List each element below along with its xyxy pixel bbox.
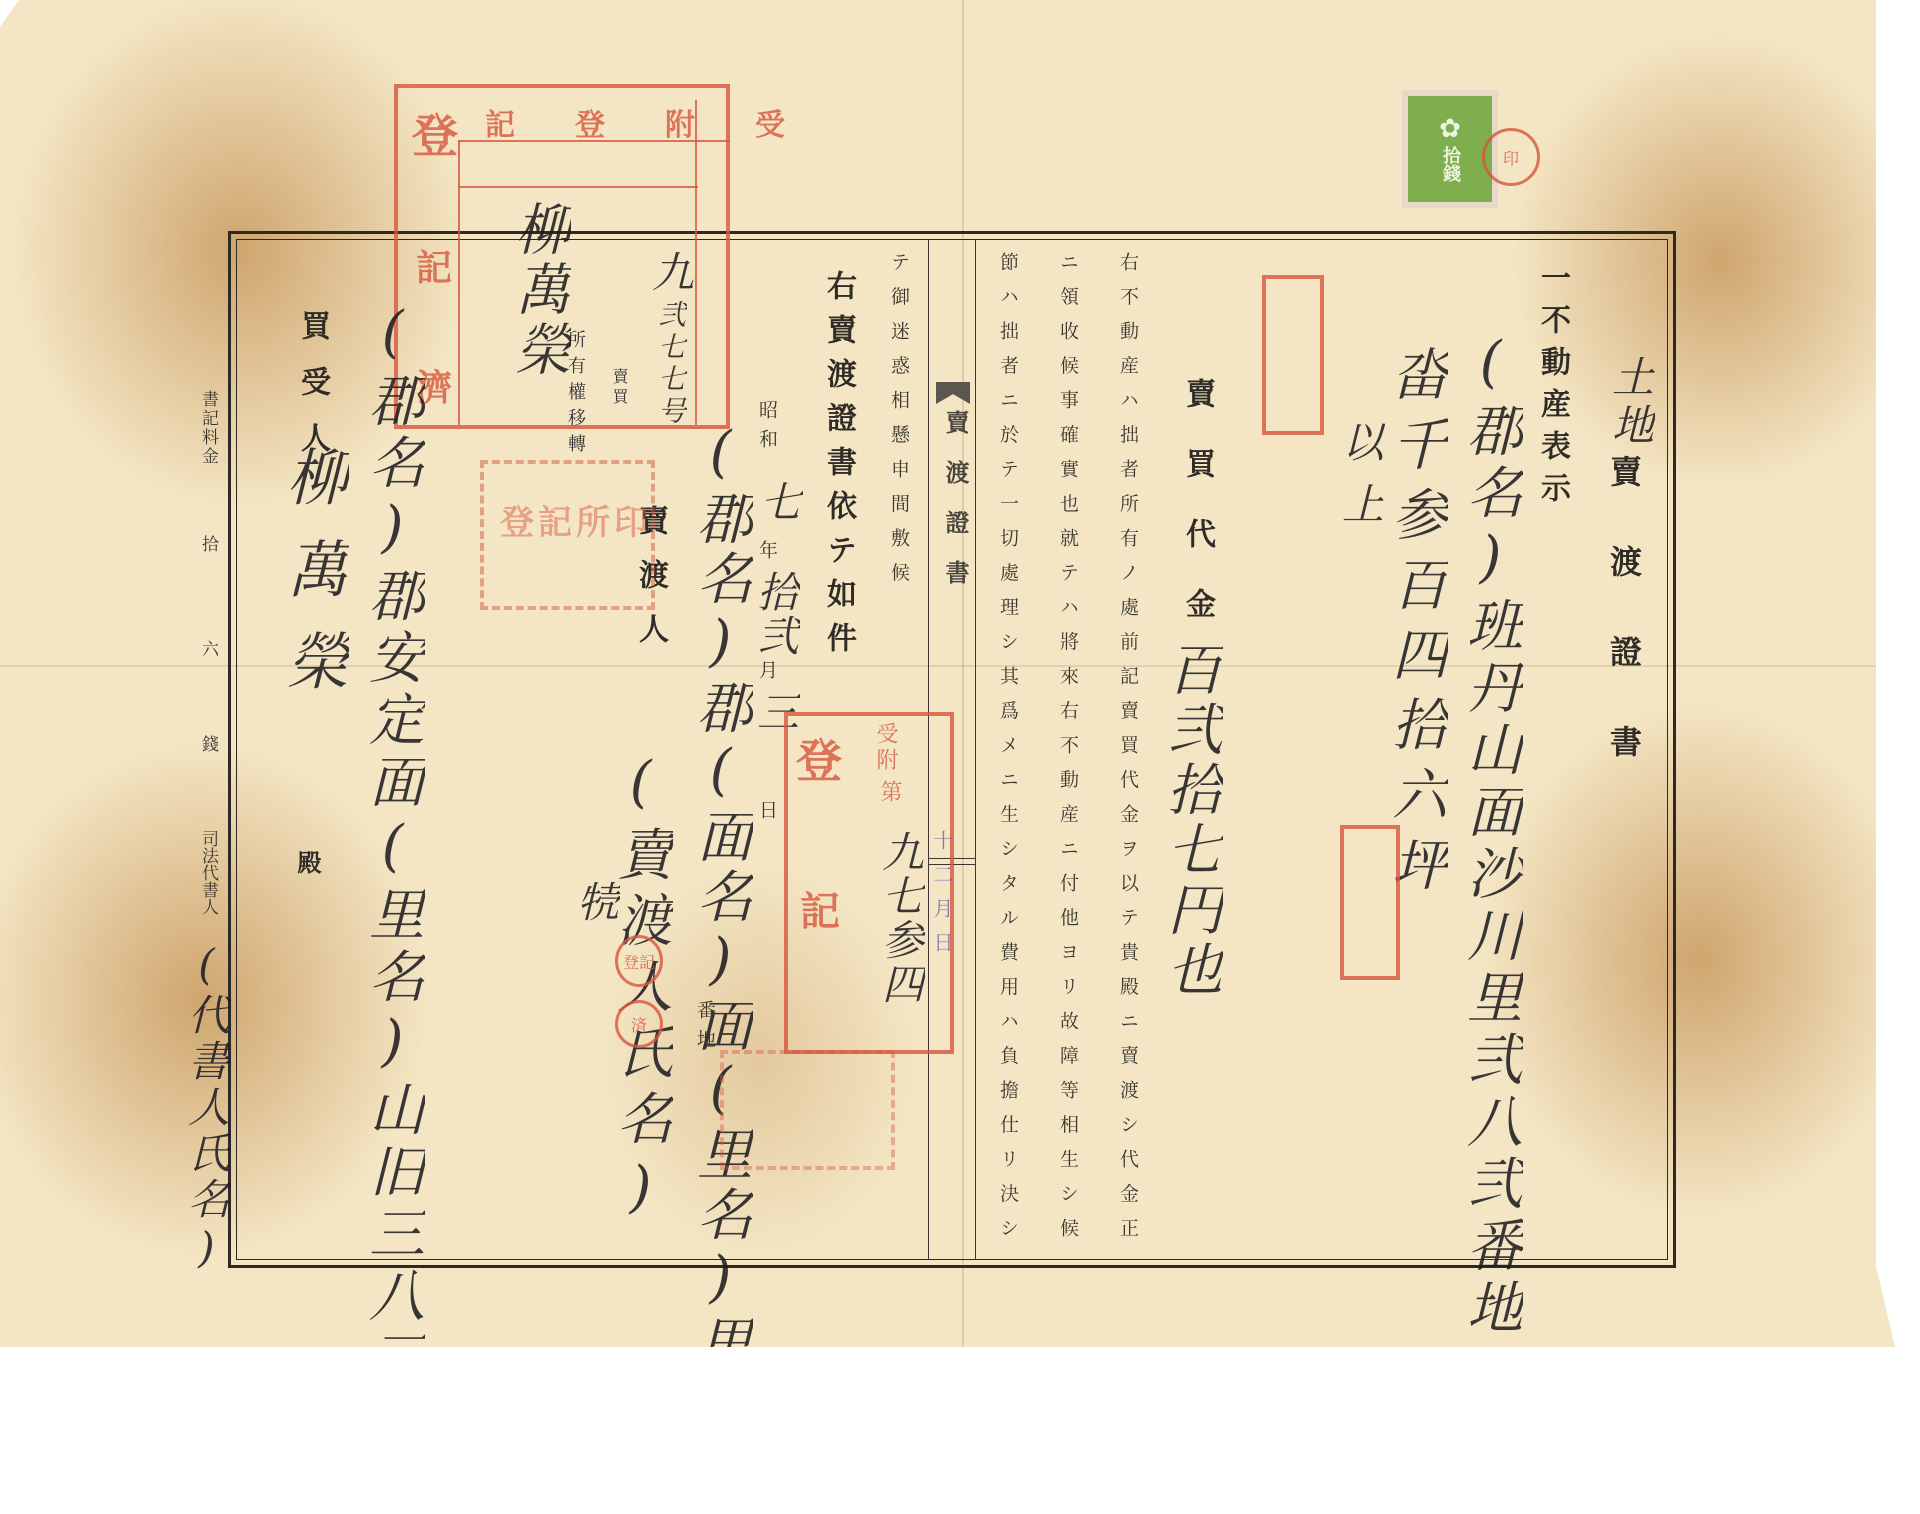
buyer-name: 柳萬榮 — [268, 445, 357, 721]
cancellation-seal: 印 — [1482, 128, 1540, 186]
seal-char: 済 — [631, 1013, 647, 1036]
property-heading: 一不動産表示 — [1530, 262, 1574, 514]
body-line-4: テ御迷惑相懸申間敷候 — [886, 252, 913, 597]
page-title: 賣渡證書 — [1601, 455, 1647, 815]
seller-seal-2: 済 — [615, 1000, 663, 1048]
date-char: 日 — [930, 932, 954, 966]
stamp-rule — [458, 140, 730, 142]
header-char: 附 — [665, 108, 755, 143]
stamp-value: 拾錢 — [1437, 146, 1463, 182]
seal-char: 印 — [1503, 146, 1519, 169]
price-value: 百弐拾七円也 — [1150, 640, 1230, 1000]
header-char: 記 — [485, 108, 575, 143]
registration-owner: 柳萬榮 — [498, 200, 578, 380]
title-handwritten: 土地 — [1600, 355, 1660, 451]
seller-name: (賣渡人氏名) — [600, 750, 680, 1230]
center-label: 賣渡證書 — [938, 410, 973, 610]
fee-unit: 錢 — [196, 735, 221, 760]
registration-header: 受附 — [870, 722, 901, 774]
registration-entry-cause: 賣買 — [608, 368, 631, 408]
scrivener-name: (代書人氏名) — [176, 940, 236, 1276]
registration-number: 九七参四 — [870, 830, 930, 1006]
property-end-mark: 以上 — [1330, 420, 1390, 544]
correction-seal — [1340, 825, 1400, 980]
center-divider-right — [975, 240, 976, 1260]
registration-stamp-char: 記 — [416, 240, 452, 291]
closing-phrase: 右賣渡證書依テ如件 — [816, 270, 860, 666]
stamp-rule — [458, 140, 460, 425]
registration-stamp-header: 記登附受 — [485, 100, 845, 144]
registration-entry-date: 弐七七号 — [650, 300, 690, 428]
scrivener-label: 司法代書人 — [196, 830, 221, 915]
fee-label: 書記料金 — [196, 390, 221, 466]
seller-address: (郡名)郡(面名)面(里名)里三九 — [680, 420, 760, 1347]
document-page: ✿ 拾錢 印 土地 賣渡證書 一不動産表示 (郡名)班丹山面沙川里弐八弐番地 畓… — [0, 0, 1895, 1347]
chrysanthemum-icon: ✿ — [1439, 116, 1461, 142]
property-location: (郡名)班丹山面沙川里弐八弐番地 — [1450, 330, 1530, 1340]
seller-mark: 㸿 — [565, 880, 625, 928]
correction-seal — [1262, 275, 1324, 435]
seller-seal: 登記 — [615, 935, 663, 987]
body-line-3: 節ハ拙者ニ於テ一切處理シ其爲メニ生シタル費用ハ負擔仕リ決シ — [995, 252, 1022, 1253]
header-char: 登 — [575, 108, 665, 143]
purple-date-stamp: 十二月日 — [928, 830, 957, 966]
header-char: 受 — [755, 108, 845, 143]
date-char: 十 — [930, 830, 954, 864]
registration-number-label: 第 — [874, 780, 905, 802]
registration-stamp-char: 記 — [800, 880, 840, 937]
registry-office-seal-text: 登記所印 — [500, 495, 652, 544]
faded-office-seal — [720, 1050, 895, 1170]
date-char: 二 — [930, 864, 954, 898]
stamp-rule — [458, 186, 698, 188]
buyer-address: (郡名)郡安定面(里名)山旧三八三番地 — [352, 300, 432, 1347]
body-line-1: 右不動産ハ拙者所有ノ處前記賣買代金ヲ以テ貴殿ニ賣渡シ代金正 — [1115, 252, 1142, 1253]
seller-lot-label: 番地 — [692, 1000, 719, 1058]
fee-digit-tens: 拾 — [196, 535, 221, 560]
registration-entry-number: 九 — [640, 250, 700, 298]
registration-stamp-char: 登 — [796, 725, 842, 791]
registration-stamp-char: 登 — [412, 100, 458, 166]
buyer-honorific: 殿 — [290, 850, 325, 890]
price-label: 賣買代金 — [1175, 378, 1219, 658]
seal-char: 登記 — [623, 950, 655, 973]
body-line-2: ニ領收候事確實也就テハ將來右不動産ニ付他ヨリ故障等相生シ候 — [1055, 252, 1082, 1253]
fee-digit-ones: 六 — [196, 640, 221, 665]
date-char: 月 — [930, 898, 954, 932]
